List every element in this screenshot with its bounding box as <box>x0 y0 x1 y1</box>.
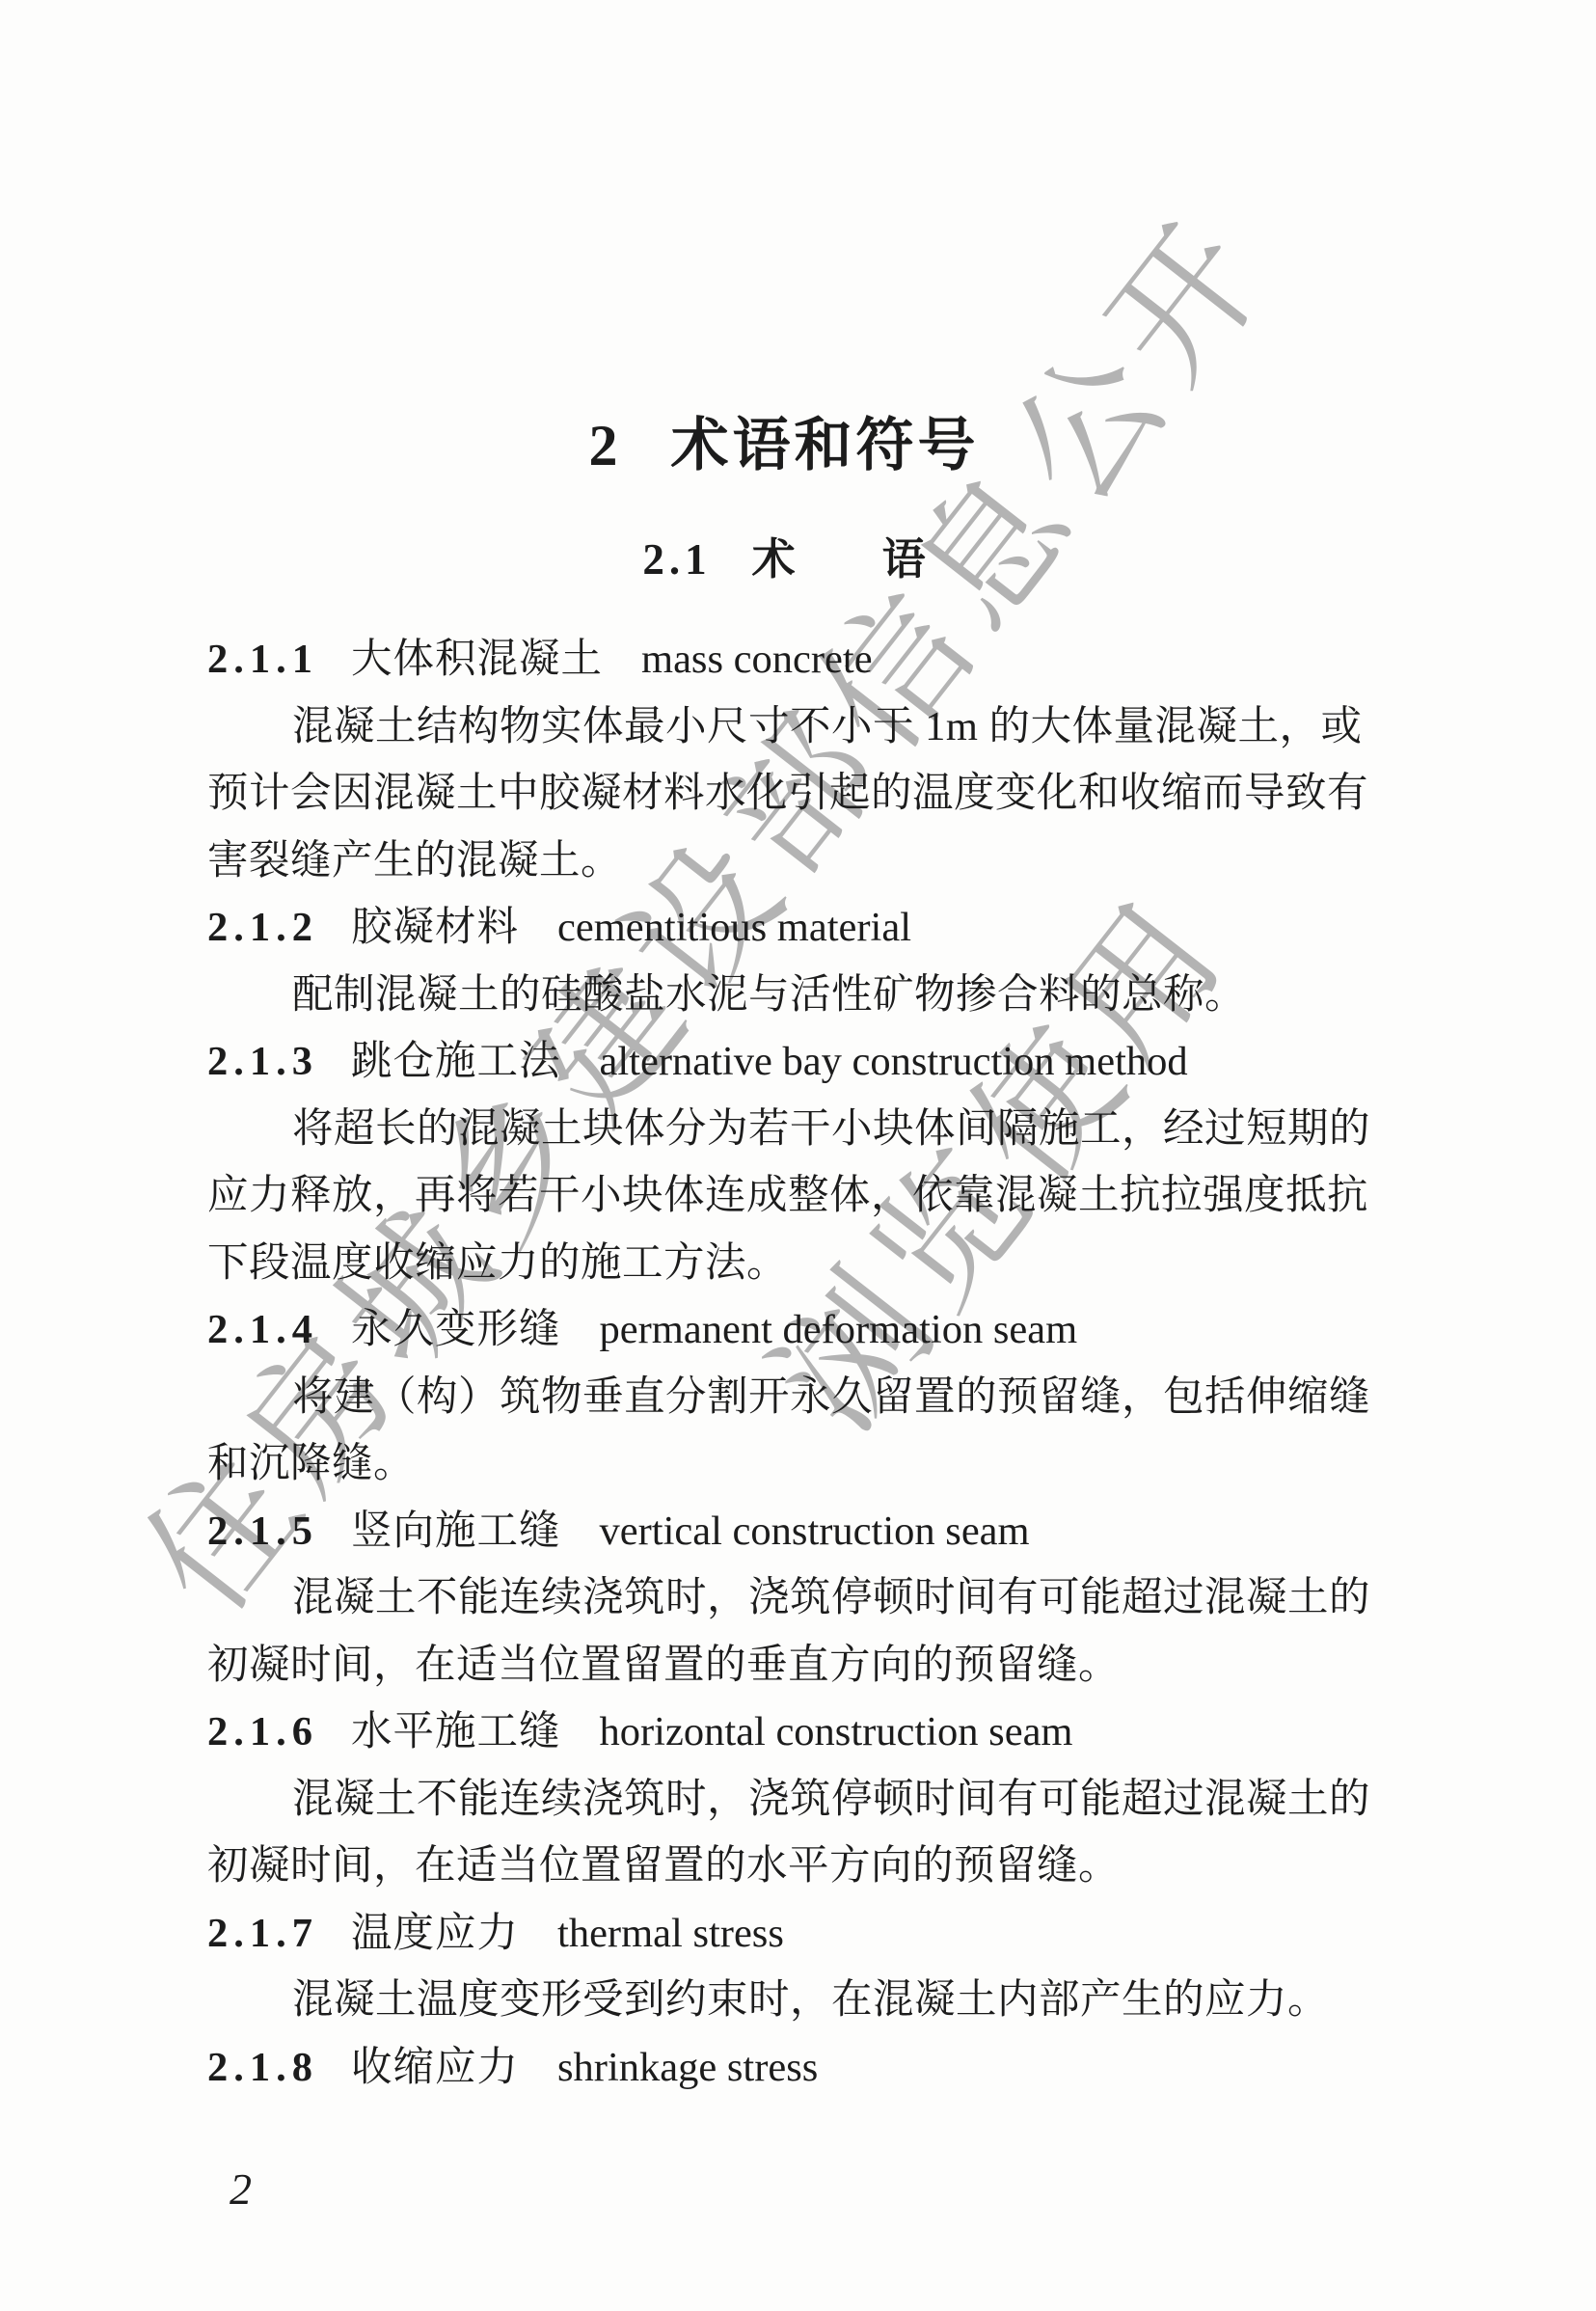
term-en: alternative bay construction method <box>600 1039 1188 1084</box>
body-line: 应力释放，再将若干小块体连成整体，依靠混凝土抗拉强度抵抗 <box>207 1162 1361 1230</box>
body-line: 配制混凝土的硅酸盐水泥与活性矿物掺合料的总称。 <box>207 962 1361 1029</box>
term-zh: 胶凝材料 <box>351 905 519 950</box>
term-zh: 收缩应力 <box>351 2045 519 2090</box>
section-title-text: 术 语 <box>752 535 926 584</box>
body-line: 混凝土不能连续浇筑时，浇筑停顿时间有可能超过混凝土的 <box>207 1766 1361 1834</box>
term-heading: 2.1.7温度应力thermal stress <box>207 1900 1361 1968</box>
term-heading: 2.1.6水平施工缝horizontal construction seam <box>207 1699 1361 1766</box>
body-line: 混凝土温度变形受到约束时，在混凝土内部产生的应力。 <box>207 1967 1361 2034</box>
term-zh: 跳仓施工法 <box>351 1039 561 1084</box>
body-line: 初凝时间，在适当位置留置的垂直方向的预留缝。 <box>207 1632 1361 1699</box>
document-page: 住房城乡建设部信息公开 浏览使用 2术语和符号 2.1术 语 2.1.1大体积混… <box>0 0 1596 2311</box>
term-zh: 大体积混凝土 <box>351 637 603 682</box>
body-line: 混凝土结构物实体最小尺寸不小于 1m 的大体量混凝土，或 <box>207 693 1361 761</box>
term-en: mass concrete <box>641 637 873 682</box>
body-line: 和沉降缝。 <box>207 1430 1361 1498</box>
term-number: 2.1.6 <box>207 1709 318 1754</box>
term-en: shrinkage stress <box>557 2045 818 2090</box>
body-line: 害裂缝产生的混凝土。 <box>207 828 1361 895</box>
terms-body: 2.1.1大体积混凝土mass concrete 混凝土结构物实体最小尺寸不小于… <box>207 626 1361 2101</box>
body-line: 初凝时间，在适当位置留置的水平方向的预留缝。 <box>207 1833 1361 1900</box>
term-heading: 2.1.8收缩应力shrinkage stress <box>207 2034 1361 2102</box>
term-zh: 竖向施工缝 <box>351 1509 561 1554</box>
term-heading: 2.1.4永久变形缝permanent deformation seam <box>207 1296 1361 1364</box>
term-en: permanent deformation seam <box>600 1307 1078 1352</box>
term-number: 2.1.8 <box>207 2045 318 2090</box>
term-zh: 温度应力 <box>351 1911 519 1956</box>
term-heading: 2.1.5竖向施工缝vertical construction seam <box>207 1498 1361 1565</box>
section-subtitle: 2.1术 语 <box>207 532 1361 586</box>
body-line: 将超长的混凝土块体分为若干小块体间隔施工，经过短期的 <box>207 1096 1361 1163</box>
body-line: 预计会因混凝土中胶凝材料水化引起的温度变化和收缩而导致有 <box>207 760 1361 828</box>
term-en: cementitious material <box>557 905 911 950</box>
term-number: 2.1.5 <box>207 1509 318 1554</box>
term-en: horizontal construction seam <box>600 1709 1073 1754</box>
chapter-number: 2 <box>589 414 618 477</box>
body-line: 下段温度收缩应力的施工方法。 <box>207 1230 1361 1297</box>
body-line: 混凝土不能连续浇筑时，浇筑停顿时间有可能超过混凝土的 <box>207 1564 1361 1632</box>
chapter-title: 2术语和符号 <box>207 407 1361 484</box>
term-heading: 2.1.1大体积混凝土mass concrete <box>207 626 1361 693</box>
term-number: 2.1.7 <box>207 1911 318 1956</box>
chapter-title-text: 术语和符号 <box>671 414 980 477</box>
term-heading: 2.1.3跳仓施工法alternative bay construction m… <box>207 1028 1361 1096</box>
term-number: 2.1.2 <box>207 905 318 950</box>
term-zh: 永久变形缝 <box>351 1307 561 1352</box>
term-en: vertical construction seam <box>600 1509 1030 1554</box>
term-zh: 水平施工缝 <box>351 1709 561 1754</box>
page-number: 2 <box>230 2161 252 2218</box>
term-number: 2.1.1 <box>207 637 318 682</box>
term-number: 2.1.4 <box>207 1307 318 1352</box>
term-number: 2.1.3 <box>207 1039 318 1084</box>
section-number: 2.1 <box>642 535 711 584</box>
body-line: 将建（构）筑物垂直分割开永久留置的预留缝，包括伸缩缝 <box>207 1364 1361 1431</box>
term-heading: 2.1.2胶凝材料cementitious material <box>207 894 1361 962</box>
term-en: thermal stress <box>557 1911 784 1956</box>
